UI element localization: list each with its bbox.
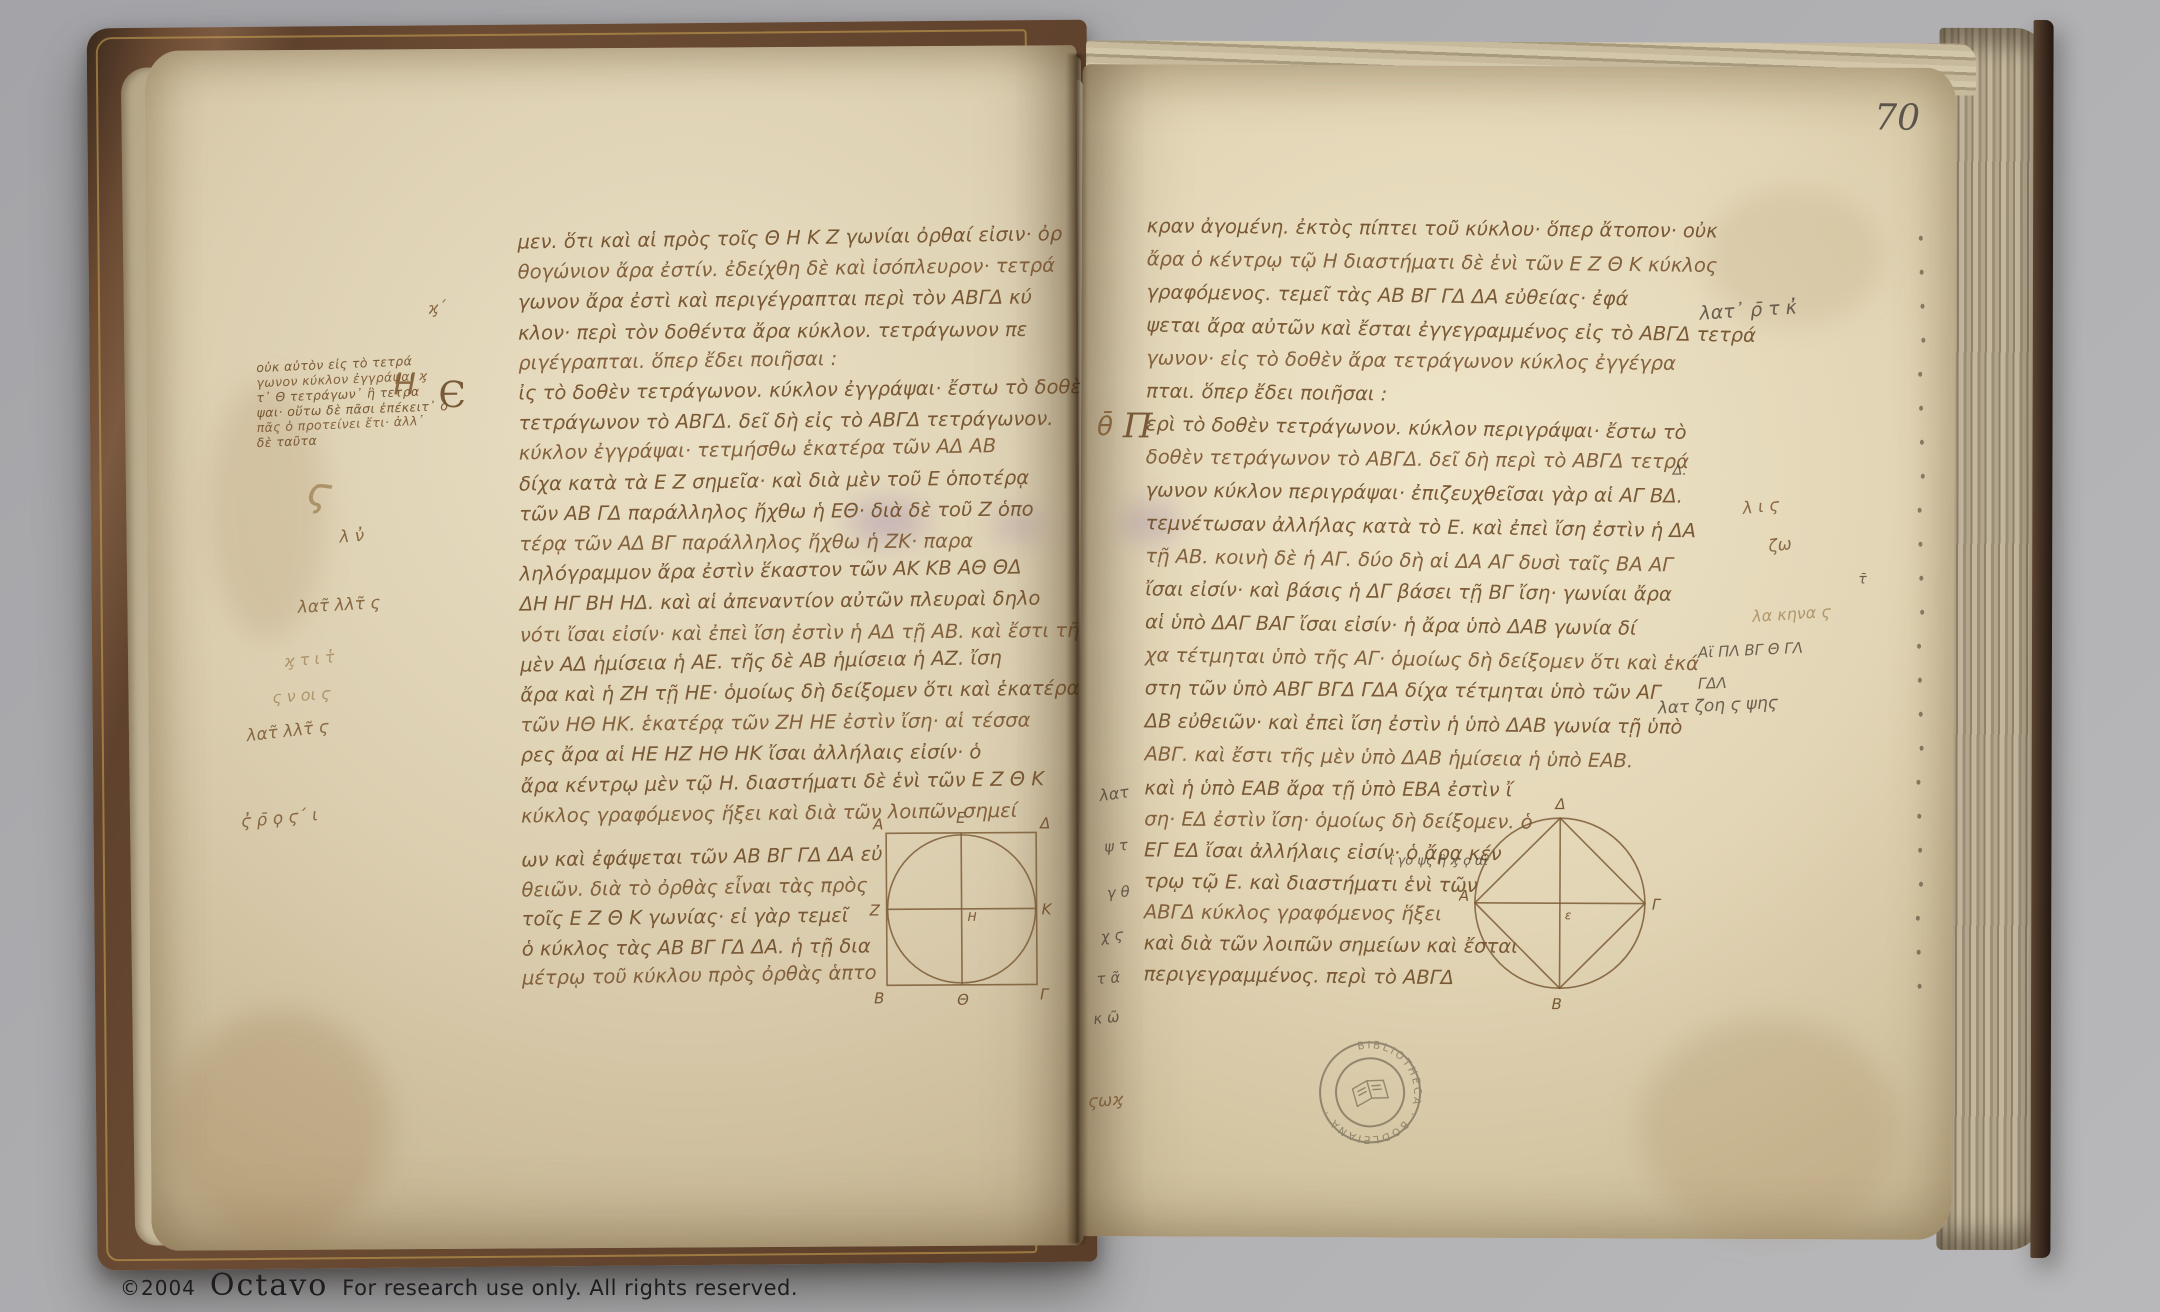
prick-hole [1916,780,1920,785]
manuscript-text-line: δοθὲν τετράγωνον τὸ ΑΒΓΔ. δεῖ δὴ περὶ τὸ… [1146,445,1689,473]
right-page-recto: 70 κραν ἀγομένη. ἐκτὸς πίπτει τοῦ κύκλου… [1077,64,1956,1240]
manuscript-text-line: κύκλον ἐγγράψαι· τετμήσθω ἑκατέρα τῶν ΑΔ… [519,435,997,465]
octavo-logo: Octavo [210,1268,328,1303]
manuscript-text-line: τρῳ τῷ Ε. καὶ διαστήματι ἑνὶ τῶν [1144,869,1478,897]
left-page-verso: μεν. ὅτι καὶ αἱ πρὸς τοῖς Θ Η Κ Ζ γωνίαι… [144,45,1083,1251]
manuscript-text-line: τῇ ΑΒ. κοινὴ δὲ ἡ ΑΓ. δύο δὴ αἱ ΔΑ ΑΓ δυ… [1145,544,1673,576]
prick-hole [1917,814,1921,819]
manuscript-text-line: τέρᾳ τῶν ΑΔ ΒΓ παράλληλος ἤχθω ἡ ΖΚ· παρ… [519,529,973,555]
manuscript-text-line: γωνον κύκλον περιγράψαι· ἐπιζευχθεῖσαι γ… [1146,478,1683,507]
manuscript-text-line: γωνον ἄρα ἐστὶ καὶ περιγέγραπται περὶ τὸ… [518,286,1032,314]
manuscript-text-line: ερὶ τὸ δοθὲν τετράγωνον. κύκλον περιγράψ… [1146,412,1687,444]
svg-text:Η: Η [968,910,977,924]
prick-hole [1920,610,1924,615]
prick-hole [1919,440,1923,445]
manuscript-text-line: τετράγωνον τὸ ΑΒΓΔ. δεῖ δὴ εἰς τὸ ΑΒΓΔ τ… [519,407,1054,435]
svg-text:Ε: Ε [956,809,966,827]
library-stamp: BIBLIOTHECA · BODLEIANA · [1296,1018,1444,1166]
margin-annotation: ΓΔΛ [1698,674,1727,693]
margin-annotation: τ ᾶ [1096,968,1121,988]
initial-epsilon: Є [438,375,466,416]
margin-annotation: ς ν οι ϛ [272,684,331,707]
initial-pi: Π [1123,406,1153,446]
margin-annotation: ψ τ [1103,836,1128,856]
margin-annotation: ϗ τ ι τ̔ [283,647,335,671]
prick-hole [1918,372,1922,377]
manuscript-text-line: κλον· περὶ τὸν δοθέντα ἄρα κύκλον. τετρά… [518,318,1027,345]
svg-text:Δ: Δ [1039,814,1050,832]
manuscript-text-line: μεν. ὅτι καὶ αἱ πρὸς τοῖς Θ Η Κ Ζ γωνίαι… [517,222,1062,253]
manuscript-text-line: γραφόμενος. τεμεῖ τὰς ΑΒ ΒΓ ΓΔ ΔΑ εὐθεία… [1146,280,1628,310]
manuscript-text-line: πται. ὅπερ ἔδει ποιῆσαι : [1146,379,1387,405]
svg-text:Α: Α [872,815,883,833]
prick-hole [1918,712,1922,717]
margin-annotation: λ ν̓ [339,526,365,548]
manuscript-text-line: ἰς τὸ δοθὲν τετράγωνον. κύκλον ἐγγράψαι·… [518,375,1092,405]
manuscript-text-line: θειῶν. διὰ τὸ ὀρθὰς εἶναι τὰς πρὸς [521,873,868,901]
manuscript-text-line: ΔΗ ΗΓ ΒΗ ΗΔ. καὶ αἱ ἀπεναντίον αὐτῶν πλε… [520,587,1041,616]
prick-hole [1917,678,1921,683]
manuscript-text-line: ἄρα καὶ ἡ ΖΗ τῇ ΗΕ· ὁμοίως δὴ δείξομεν ὅ… [520,676,1079,706]
diagram-square-in-circle: Δ Α Γ ε Β [1458,793,1671,1018]
manuscript-text-line: ΔΒ εὐθειῶν· καὶ ἐπεὶ ἴση ἐστὶν ἡ ὑπὸ ΔΑΒ… [1145,709,1683,738]
prick-hole [1920,304,1924,309]
folio-number: 70 [1874,98,1920,139]
parchment-stain [1637,1017,1898,1238]
parchment-stain [170,1009,391,1240]
margin-annotation: Αϊ ΠΛ ΒΓ Θ ΓΛ [1698,639,1804,662]
manuscript-text-line: τεμνέτωσαν ἀλλήλας κατὰ τὸ Ε. καὶ ἐπεὶ ἴ… [1145,511,1696,542]
margin-annotation: Δ. [1673,463,1687,479]
margin-annotation: γ θ [1106,882,1130,902]
scholion-line: δὲ ταῦτα [256,433,317,450]
svg-text:Κ: Κ [1042,900,1053,918]
svg-text:Β: Β [1551,995,1561,1013]
copyright-year: ©2004 [120,1276,196,1300]
margin-annotation: ζω [1767,534,1793,557]
rights-notice: For research use only. All rights reserv… [342,1276,798,1300]
margin-annotation: λα κηνα ϛ [1752,602,1832,626]
margin-annotation: λατ̃ λλτ̃ ς [297,593,381,618]
prick-hole [1918,542,1922,547]
margin-annotation: λατ [1098,782,1130,805]
margin-annotation: λατ᾽ ρ̄ τ κ̓ [1699,296,1798,324]
margin-annotation: ϗ´ [427,297,448,318]
manuscript-text-line: γωνον· εἰς τὸ δοθὲν ἄρα τετράγωνον κύκλο… [1146,346,1676,374]
svg-text:Δ: Δ [1554,795,1565,813]
margin-annotation: ϛ [304,468,333,517]
manuscript-text-line: ψεται ἄρα αὐτῶν καὶ ἔσται ἐγγεγραμμένος … [1146,313,1756,347]
proposition-number-eta: Η [393,367,416,402]
margin-annotation: χ ϛ [1100,926,1124,947]
margin-annotation: λατ̃ λλτ̃ ϛ [245,717,329,746]
diagram-circle-in-square: Α Ε Δ Ζ Η Κ Β Θ Γ [861,802,1062,1018]
prick-hole [1917,644,1921,649]
right-cover-edge [2030,20,2053,1258]
manuscript-text-line: ων καὶ ἐφάψεται τῶν ΑΒ ΒΓ ΓΔ ΔΑ εὐ [521,842,883,871]
manuscript-text-line: περιγεγραμμένος. περὶ τὸ ΑΒΓΔ [1143,962,1454,989]
manuscript-book: μεν. ὅτι καὶ αἱ πρὸς τοῖς Θ Η Κ Ζ γωνίαι… [0,0,2160,1312]
manuscript-text-line: καὶ ἡ ὑπὸ ΕΑΒ ἄρα τῇ ὑπὸ ΕΒΑ ἐστὶν ἴ [1144,776,1512,801]
manuscript-text-line: ΑΒΓ. καὶ ἔστι τῆς μὲν ὑπὸ ΔΑΒ ἡμίσεια ἡ … [1144,742,1633,772]
margin-annotation: λ ι ϛ [1742,495,1780,519]
manuscript-text-line: χα τέτμηται ὑπὸ τῆς ΑΓ· ὁμοίως δὴ δείξομ… [1145,643,1699,675]
footer-caption: ©2004 Octavo For research use only. All … [120,1268,798,1303]
svg-text:Α: Α [1458,887,1469,905]
manuscript-text-line: τῶν ΗΘ ΗΚ. ἑκατέρᾳ τῶν ΖΗ ΗΕ ἐστὶν ἴση· … [520,709,1030,737]
book-gutter-crease [1066,54,1088,1244]
svg-text:Θ: Θ [957,991,969,1009]
svg-text:Β: Β [874,989,884,1007]
prick-hole [1917,508,1921,513]
manuscript-text-line: δίχα κατὰ τὰ Ε Ζ σημεῖα· καὶ διὰ μὲν τοῦ… [519,466,1029,495]
manuscript-text-line: ριγέγραπται. ὅπερ ἔδει ποιῆσαι : [518,347,837,375]
manuscript-text-line: θογώνιον ἄρα ἐστίν. ἐδείχθη δὲ καὶ ἰσόπλ… [518,254,1056,284]
prick-hole [1918,882,1922,887]
manuscript-text-line: ἄρα ὁ κέντρῳ τῷ Η διαστήματι δὲ ἑνὶ τῶν … [1147,247,1718,277]
manuscript-text-line: ρες ἄρα αἱ ΗΕ ΗΖ ΗΘ ΗΚ ἴσαι ἀλλήλαις εἰσ… [521,741,982,767]
manuscript-text-line: ληλόγραμμον ἄρα ἐστὶν ἕκαστον τῶν ΑΚ ΚΒ … [519,556,1021,586]
prick-hole [1920,474,1924,479]
manuscript-text-line: νότι ἴσαι εἰσίν· καὶ ἐπεὶ ἴση ἐστὶν ἡ ΑΔ… [520,618,1091,646]
margin-annotation: ϛωϗ [1087,1090,1124,1112]
prick-hole [1919,270,1923,275]
prick-hole [1919,746,1923,751]
manuscript-text-line: στη τῶν ὑπὸ ΑΒΓ ΒΓΔ ΓΔΑ δίχα τέτμηται ὑπ… [1145,676,1661,704]
manuscript-text-line: μὲν ΑΔ ἡμίσεια ἡ ΑΕ. τῆς δὲ ΑΒ ἡμίσεια ἡ… [520,646,1002,676]
prick-hole [1921,338,1925,343]
manuscript-text-line: κραν ἀγομένη. ἐκτὸς πίπτει τοῦ κύκλου· ὅ… [1147,214,1718,242]
prick-hole [1919,406,1923,411]
manuscript-text-line: ΑΒΓΔ κύκλος γραφόμενος ἥξει [1144,900,1442,925]
manuscript-text-line: τοῖς Ε Ζ Θ Κ γωνίας· εἰ γὰρ τεμεῖ [522,904,849,931]
margin-annotation: ϛ̓ ρ̄ ϙ ϛ´ ι [240,805,319,832]
margin-annotation: τ̄ [1858,571,1867,587]
prick-hole [1916,950,1920,955]
svg-text:Ζ: Ζ [869,901,881,919]
margin-annotation: λατ ζοη ϛ ψηϛ [1657,693,1778,719]
prick-hole [1917,984,1921,989]
prick-hole [1918,848,1922,853]
manuscript-text-line: αἱ ὑπὸ ΔΑΓ ΒΑΓ ἴσαι εἰσίν· ἡ ἄρα ὑπὸ ΔΑΒ… [1145,610,1637,639]
manuscript-text-line: μέτρῳ τοῦ κύκλου πρὸς ὀρθὰς ἁπτο [522,961,877,990]
manuscript-text-line: τῶν ΑΒ ΓΔ παράλληλος ἤχθω ἡ ΕΘ· διὰ δὲ τ… [519,497,1034,525]
prick-hole [1915,916,1919,921]
margin-annotation: κ ῶ [1092,1008,1120,1029]
manuscript-text-line: ἄρα κέντρῳ μὲν τῷ Η. διαστήματι δὲ ἑνὶ τ… [521,767,1045,797]
proposition-number-theta: θ̄ [1097,412,1113,442]
svg-text:Γ: Γ [1040,985,1050,1003]
prick-hole [1919,576,1923,581]
svg-text:Γ: Γ [1652,896,1662,914]
svg-text:ε: ε [1565,908,1572,922]
prick-hole [1918,236,1922,241]
manuscript-text-line: ἴσαι εἰσίν· καὶ βάσις ἡ ΔΓ βάσει τῇ ΒΓ ἴ… [1145,577,1672,605]
manuscript-text-line: ὁ κύκλος τὰς ΑΒ ΒΓ ΓΔ ΔΑ. ἡ τῇ δια [522,934,871,960]
